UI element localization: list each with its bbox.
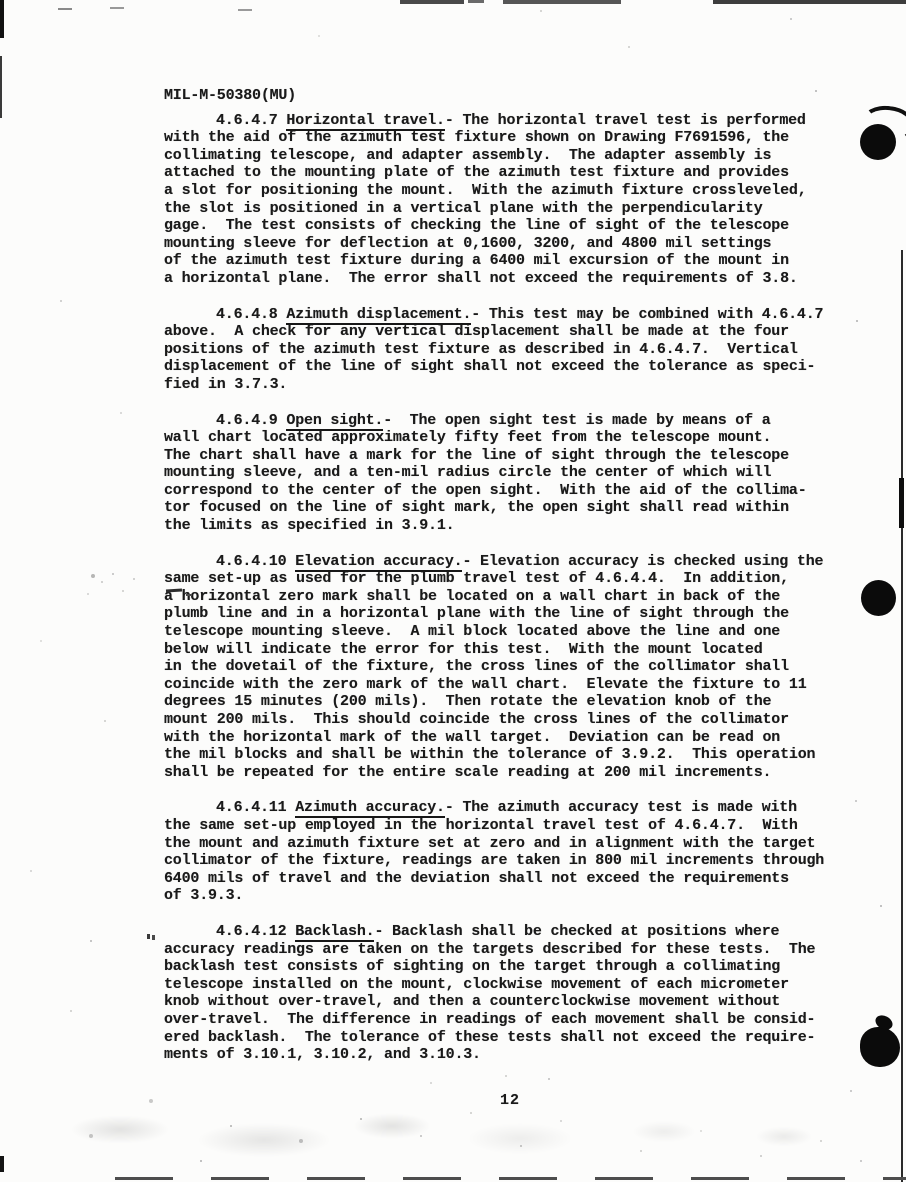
paragraph-line: a horizontal zero mark shall be located … (164, 588, 856, 606)
paragraph-line: of the azimuth test fixture during a 640… (164, 252, 856, 270)
scan-left-edge-mark (0, 56, 2, 118)
punch-hole-bottom-icon (860, 1027, 900, 1067)
paragraph-line: below will indicate the error for this t… (164, 641, 856, 659)
paragraph-number: 4.6.4.9 (216, 412, 286, 429)
paragraph-number: 4.6.4.11 (216, 799, 295, 816)
paragraph-line: same set-up as used for the plumb travel… (164, 570, 856, 588)
scanned-document-page: MIL-M-50380(MU) 4.6.4.7 Horizontal trave… (0, 0, 906, 1182)
paragraph-lead: - The azimuth accuracy test is made with (445, 799, 797, 816)
paragraph-first-line: 4.6.4.12 Backlash.- Backlash shall be ch… (164, 923, 856, 941)
text-column: MIL-M-50380(MU) 4.6.4.7 Horizontal trave… (164, 87, 856, 1109)
paragraph-line: mounting sleeve for deflection at 0,1600… (164, 235, 856, 253)
stray-pen-mark (186, 594, 192, 596)
paragraph-line: collimator of the fixture, readings are … (164, 852, 856, 870)
paragraph-line: the mount and azimuth fixture set at zer… (164, 835, 856, 853)
paragraph-line: accuracy readings are taken on the targe… (164, 941, 856, 959)
spec-paragraph: 4.6.4.8 Azimuth displacement.- This test… (164, 306, 856, 394)
paragraphs-container: 4.6.4.7 Horizontal travel.- The horizont… (164, 112, 856, 1064)
paragraph-line: 6400 mils of travel and the deviation sh… (164, 870, 856, 888)
paragraph-line: attached to the mounting plate of the az… (164, 164, 856, 182)
paragraph-line: shall be repeated for the entire scale r… (164, 764, 856, 782)
paragraph-line: ments of 3.10.1, 3.10.2, and 3.10.3. (164, 1046, 856, 1064)
paragraph-line: with the aid of the azimuth test fixture… (164, 129, 856, 147)
paragraph-line: The chart shall have a mark for the line… (164, 447, 856, 465)
paragraph-line: wall chart located approximately fifty f… (164, 429, 856, 447)
paragraph-line: the slot is positioned in a vertical pla… (164, 200, 856, 218)
paragraph-first-line: 4.6.4.10 Elevation accuracy.- Elevation … (164, 553, 856, 571)
spec-paragraph: 4.6.4.10 Elevation accuracy.- Elevation … (164, 553, 856, 782)
spec-paragraph: 4.6.4.7 Horizontal travel.- The horizont… (164, 112, 856, 288)
paragraph-line: coincide with the zero mark of the wall … (164, 676, 856, 694)
paragraph-line: gage. The test consists of checking the … (164, 217, 856, 235)
paragraph-line: of 3.9.3. (164, 887, 856, 905)
spec-paragraph: 4.6.4.11 Azimuth accuracy.- The azimuth … (164, 799, 856, 905)
paragraph-line: positions of the azimuth test fixture as… (164, 341, 856, 359)
paragraph-number: 4.6.4.10 (216, 553, 295, 570)
paragraph-line: the mil blocks and shall be within the t… (164, 746, 856, 764)
paragraph-line: over-travel. The difference in readings … (164, 1011, 856, 1029)
stray-pen-mark (147, 934, 150, 939)
scan-top-edge-mark (468, 0, 484, 3)
paragraph-line: backlash test consists of sighting on th… (164, 958, 856, 976)
scan-left-edge-mark (0, 1156, 4, 1172)
scan-right-edge-line (901, 250, 903, 1182)
paragraph-first-line: 4.6.4.7 Horizontal travel.- The horizont… (164, 112, 856, 130)
paragraph-line: in the dovetail of the fixture, the cros… (164, 658, 856, 676)
paragraph-line: ered backlash. The tolerance of these te… (164, 1029, 856, 1047)
paragraph-heading: Open sight. (286, 412, 383, 431)
spec-paragraph: 4.6.4.9 Open sight.- The open sight test… (164, 412, 856, 535)
scan-bottom-edge-mark (115, 1177, 906, 1180)
paragraph-line: the limits as specified in 3.9.1. (164, 517, 856, 535)
paragraph-heading: Horizontal travel. (286, 112, 444, 131)
spec-paragraph: 4.6.4.12 Backlash.- Backlash shall be ch… (164, 923, 856, 1064)
paragraph-line: fied in 3.7.3. (164, 376, 856, 394)
paragraph-lead: - Backlash shall be checked at positions… (374, 923, 779, 940)
paragraph-line: displacement of the line of sight shall … (164, 358, 856, 376)
paragraph-first-line: 4.6.4.8 Azimuth displacement.- This test… (164, 306, 856, 324)
paragraph-lead: - The open sight test is made by means o… (383, 412, 770, 429)
paragraph-number: 4.6.4.7 (216, 112, 286, 129)
paragraph-line: tor focused on the line of sight mark, t… (164, 499, 856, 517)
paragraph-line: a slot for positioning the mount. With t… (164, 182, 856, 200)
stray-pen-mark (58, 8, 72, 10)
paragraph-line: with the horizontal mark of the wall tar… (164, 729, 856, 747)
paragraph-line: plumb line and in a horizontal plane wit… (164, 605, 856, 623)
scan-top-edge-mark (713, 0, 906, 4)
scan-top-edge-mark (400, 0, 464, 4)
scan-top-edge-mark (503, 0, 621, 4)
paragraph-line: above. A check for any vertical displace… (164, 323, 856, 341)
paragraph-line: mounting sleeve, and a ten-mil radius ci… (164, 464, 856, 482)
paragraph-line: collimating telescope, and adapter assem… (164, 147, 856, 165)
scan-right-edge-mark (899, 478, 904, 528)
paragraph-heading: Elevation accuracy. (295, 553, 462, 572)
scan-noise-speckles (0, 0, 2, 2)
paragraph-line: degrees 15 minutes (200 mils). Then rota… (164, 693, 856, 711)
paragraph-line: telescope installed on the mount, clockw… (164, 976, 856, 994)
paragraph-heading: Azimuth displacement. (286, 306, 471, 325)
paragraph-heading: Azimuth accuracy. (295, 799, 445, 818)
paragraph-first-line: 4.6.4.9 Open sight.- The open sight test… (164, 412, 856, 430)
paragraph-line: a horizontal plane. The error shall not … (164, 270, 856, 288)
paragraph-heading: Backlash. (295, 923, 374, 942)
punch-hole-middle-icon (861, 580, 896, 616)
paragraph-number: 4.6.4.12 (216, 923, 295, 940)
paragraph-line: correspond to the center of the open sig… (164, 482, 856, 500)
paragraph-line: knob without over-travel, and then a cou… (164, 993, 856, 1011)
paragraph-lead: - The horizontal travel test is performe… (445, 112, 806, 129)
paragraph-number: 4.6.4.8 (216, 306, 286, 323)
document-header: MIL-M-50380(MU) (164, 87, 856, 105)
paragraph-first-line: 4.6.4.11 Azimuth accuracy.- The azimuth … (164, 799, 856, 817)
paragraph-line: the same set-up employed in the horizont… (164, 817, 856, 835)
paragraph-line: telescope mounting sleeve. A mil block l… (164, 623, 856, 641)
paragraph-line: mount 200 mils. This should coincide the… (164, 711, 856, 729)
scan-left-edge-mark (0, 0, 4, 38)
paragraph-lead: - Elevation accuracy is checked using th… (462, 553, 823, 570)
paragraph-lead: - This test may be combined with 4.6.4.7 (471, 306, 823, 323)
scan-noise-blotches (40, 1098, 840, 1168)
